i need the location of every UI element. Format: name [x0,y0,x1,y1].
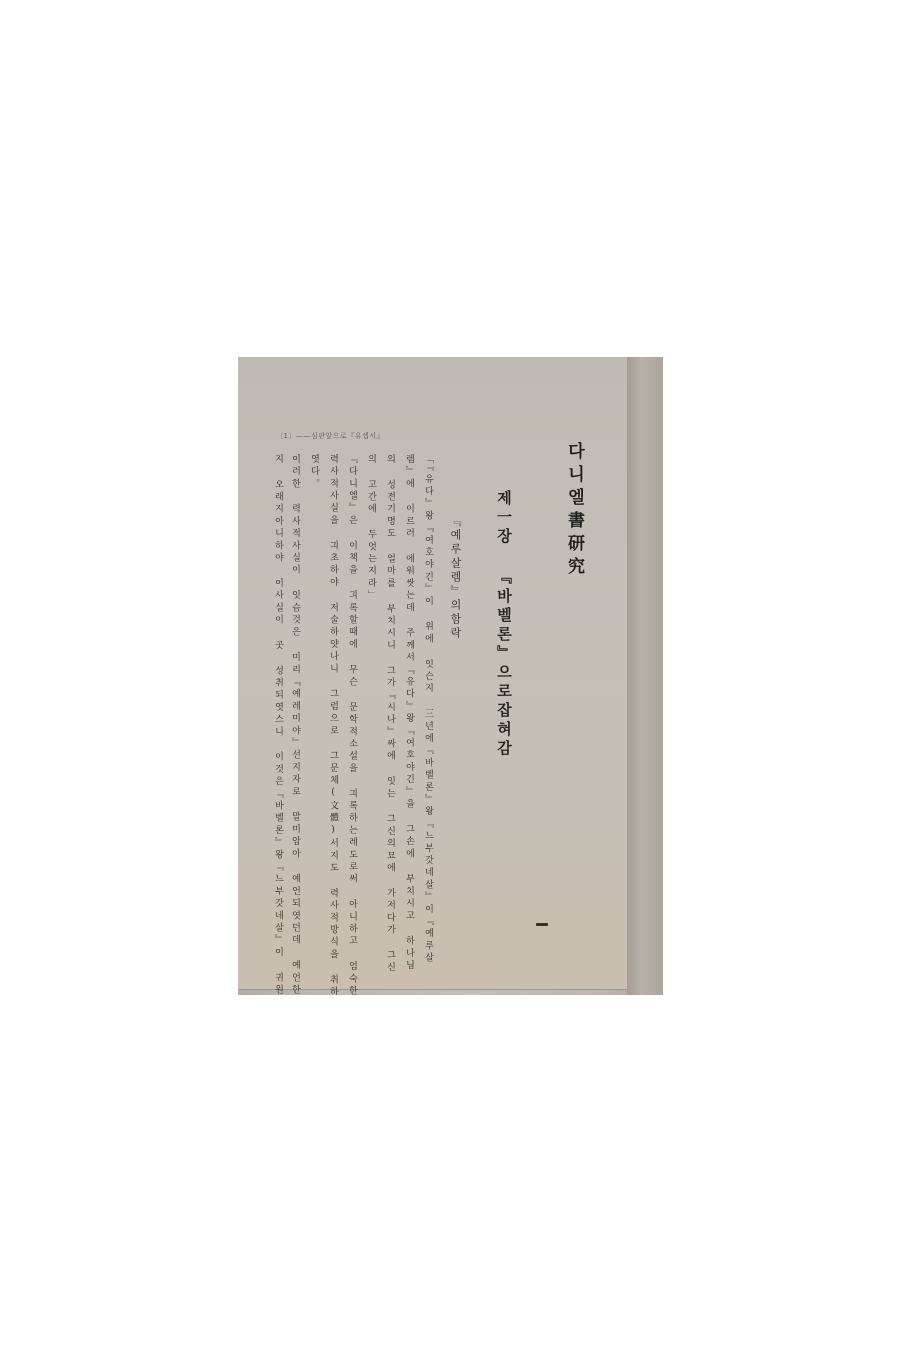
body-column: 의 고간에 두엇는지라」 [365,454,378,602]
book-title: 다니엘書研究 [562,442,587,580]
body-column: 의 성전기명도 얼마를 부치시니 그가『시나』싸에 잇는 그신의묘에 가저다가 … [384,454,397,974]
body-column: 이러한 력사적사실이 잇슴것은 미리『예레미야』선지자로 말미암아 예언되엿던데… [289,454,302,995]
page-fold-edge [627,357,663,995]
section-title: 『예루살렘』의함락 [447,515,463,641]
body-column: 엿다。 [308,454,321,491]
ink-smudge [536,923,548,926]
body-column: 『다니엘』은 이책을 긔록할때에 무슨 문학적소설을 긔록하는레도로써 아니하고… [346,454,359,995]
body-column: 지 오래지아니하야 이사실이 곳 성취되엿스니 이것은『바벨론』왕『느부갓네살』… [272,454,285,995]
book-page: 〔1〕——심판앞으로『유셉서』 다니엘書研究 제一장 『바벨론』으로잡혀감 『예… [238,357,627,989]
book-page-photo: 〔1〕——심판앞으로『유셉서』 다니엘書研究 제一장 『바벨론』으로잡혀감 『예… [238,357,663,995]
body-column: 렘』에 이르러 에워쌋는데 주께서『유다』왕『여호야긴』을 그손에 부치시고 하… [403,454,416,972]
body-column: 력사적사실을 긔초하야 저술하얏나니 그럼으로 그문체(文體)서지도 력사적방식… [327,454,340,995]
running-head: 〔1〕——심판앞으로『유셉서』 [276,431,384,441]
body-column: 「『유다』왕『여호야긴』이 위에 잇슨지 三년에『바벨론』왕『느부갓네살』이『예… [422,454,435,965]
chapter-title: 제一장 『바벨론』으로잡혀감 [494,490,515,759]
